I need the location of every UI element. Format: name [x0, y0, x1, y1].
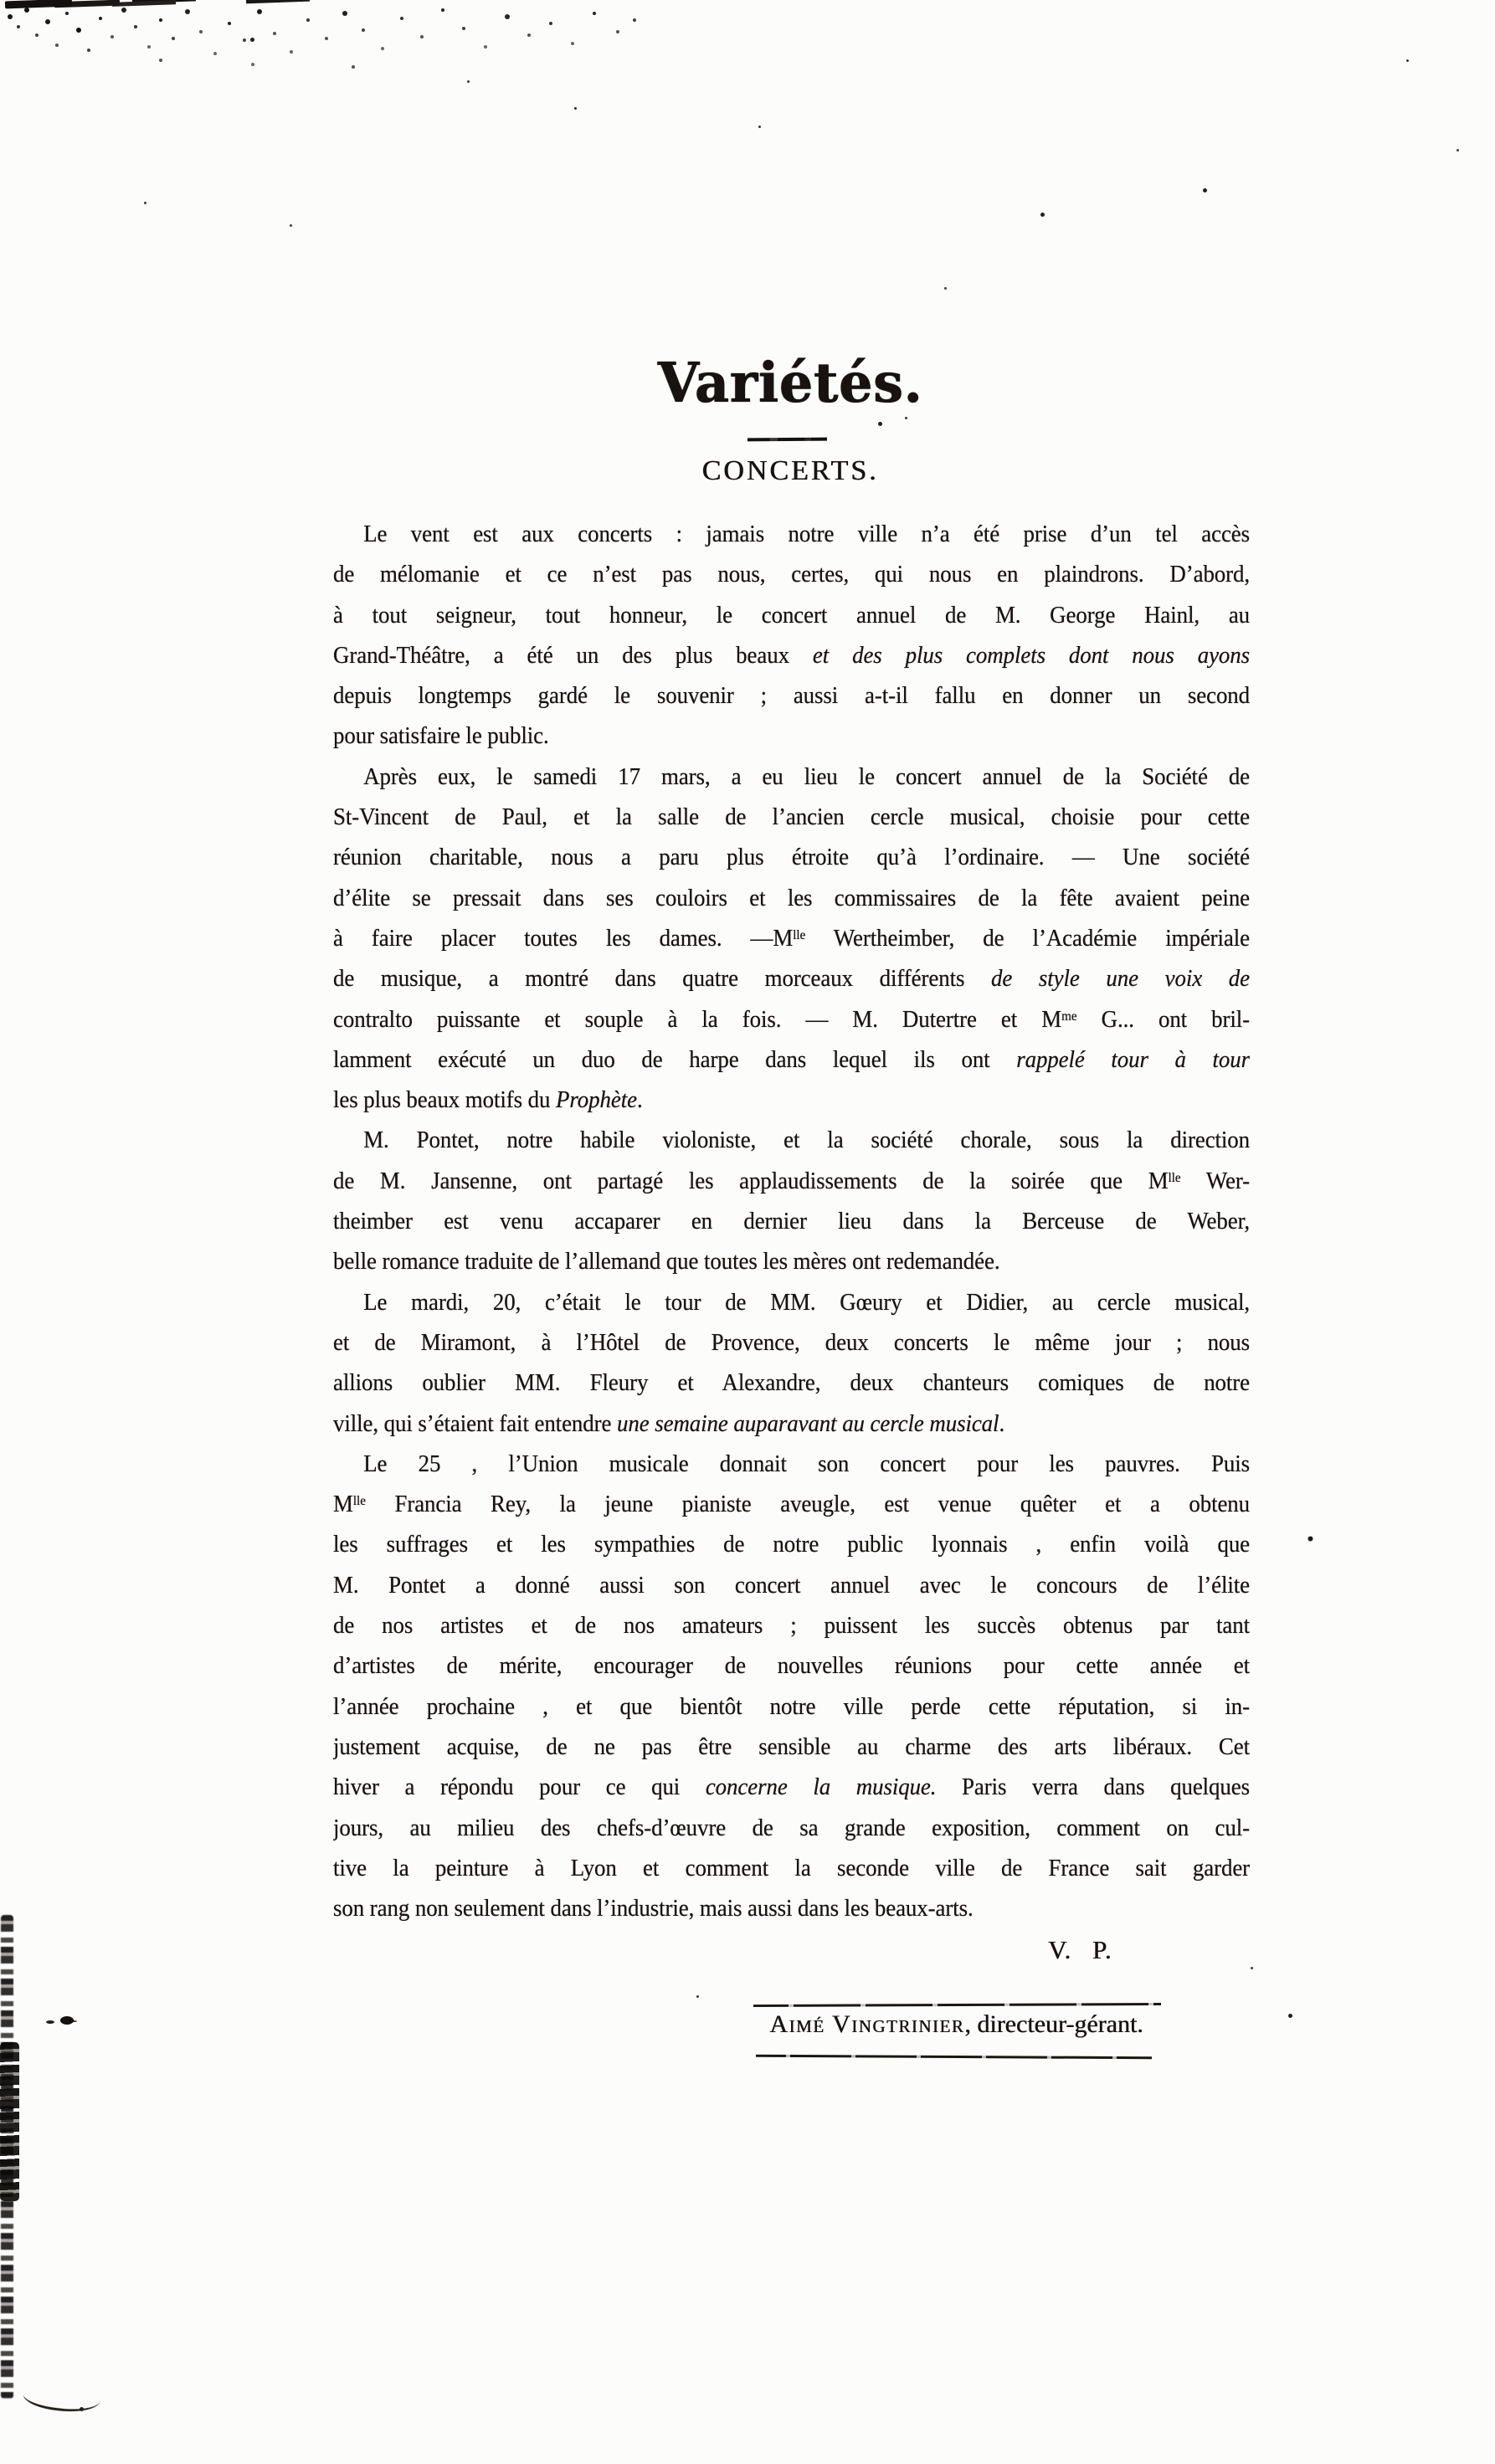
text-line: les plus beaux motifs du Prophète.: [333, 1080, 1250, 1120]
text-line: Le vent est aux concerts : jamais notre …: [333, 514, 1250, 554]
text-line: tive la peinture à Lyon et comment la se…: [333, 1848, 1250, 1888]
text-line: ville, qui s’étaient fait entendre une s…: [333, 1404, 1250, 1444]
text-line: Le 25 , l’Union musicale donnait son con…: [333, 1444, 1250, 1484]
section-heading: CONCERTS.: [333, 455, 1247, 487]
text-line: d’élite se pressait dans ses couloirs et…: [333, 878, 1250, 918]
scan-noise-bar: [5, 0, 72, 8]
scan-noise-dots: [0, 0, 3, 3]
scan-margin-blob: [60, 2016, 74, 2025]
signature-rule-top: [753, 2003, 1161, 2007]
text-line: réunion charitable, nous a paru plus étr…: [333, 837, 1250, 877]
text-line: Grand-Théâtre, a été un des plus beaux e…: [333, 635, 1250, 675]
text-line: allions oublier MM. Fleury et Alexandre,…: [333, 1363, 1250, 1403]
scan-bottom-curve: [22, 2378, 102, 2417]
masthead-title: Variétés.: [333, 351, 1247, 415]
text-line: contralto puissante et souple à la fois.…: [333, 999, 1250, 1039]
text-line: et de Miramont, à l’Hôtel de Provence, d…: [333, 1322, 1250, 1363]
paragraph: Le mardi, 20, c’était le tour de MM. Gœu…: [333, 1282, 1321, 1444]
author-initials: V. P.: [1048, 1935, 1165, 1965]
scan-edge-streak-heavy: [0, 2042, 19, 2201]
paragraph: M. Pontet, notre habile violoniste, et l…: [333, 1120, 1321, 1281]
text-line: Après eux, le samedi 17 mars, a eu lieu …: [333, 757, 1250, 797]
text-line: M. Pontet a donné aussi son concert annu…: [333, 1565, 1250, 1605]
signature-line: Aimé Vingtrinier, directeur-gérant.: [728, 2010, 1184, 2039]
paragraph: Le 25 , l’Union musicale donnait son con…: [333, 1444, 1321, 1929]
text-line: Le mardi, 20, c’était le tour de MM. Gœu…: [333, 1282, 1250, 1322]
text-line: M. Pontet, notre habile violoniste, et l…: [333, 1120, 1250, 1160]
text-line: depuis longtemps gardé le souvenir ; aus…: [333, 675, 1250, 716]
text-line: son rang non seulement dans l’industrie,…: [333, 1888, 1250, 1928]
text-line: justement acquise, de ne pas être sensib…: [333, 1727, 1250, 1767]
text-line: lamment exécuté un duo de harpe dans leq…: [333, 1039, 1250, 1080]
text-line: les suffrages et les sympathies de notre…: [333, 1524, 1250, 1564]
text-line: de M. Jansenne, ont partagé les applaudi…: [333, 1161, 1250, 1201]
text-line: de musique, a montré dans quatre morceau…: [333, 958, 1250, 998]
signature-role: , directeur-gérant.: [964, 2010, 1143, 2038]
text-line: de mélomanie et ce n’est pas nous, certe…: [333, 554, 1250, 594]
paragraph: Après eux, le samedi 17 mars, a eu lieu …: [333, 757, 1321, 1121]
text-line: belle romance traduite de l’allemand que…: [333, 1241, 1250, 1281]
signature-rule-bottom: [756, 2055, 1152, 2059]
paragraph: Le vent est aux concerts : jamais notre …: [333, 514, 1321, 757]
text-line: à tout seigneur, tout honneur, le concer…: [333, 595, 1250, 635]
text-line: St-Vincent de Paul, et la salle de l’anc…: [333, 797, 1250, 837]
text-line: hiver a répondu pour ce qui concerne la …: [333, 1767, 1250, 1807]
article-body: Le vent est aux concerts : jamais notre …: [333, 514, 1321, 1928]
text-line: à faire placer toutes les dames. —Mlle W…: [333, 918, 1250, 958]
text-line: pour satisfaire le public.: [333, 716, 1250, 756]
text-line: Mlle Francia Rey, la jeune pianiste aveu…: [333, 1484, 1250, 1524]
text-line: jours, au milieu des chefs-d’œuvre de sa…: [333, 1808, 1250, 1848]
scanned-journal-page: Variétés. CONCERTS. Le vent est aux conc…: [0, 0, 1495, 2464]
signature-name: Aimé Vingtrinier: [769, 2010, 964, 2038]
masthead-rule: [747, 438, 827, 442]
text-line: de nos artistes et de nos amateurs ; pui…: [333, 1605, 1250, 1645]
text-line: l’année prochaine , et que bientôt notre…: [333, 1686, 1250, 1727]
text-line: d’artistes de mérite, encourager de nouv…: [333, 1645, 1250, 1686]
text-line: theimber est venu accaparer en dernier l…: [333, 1201, 1250, 1241]
